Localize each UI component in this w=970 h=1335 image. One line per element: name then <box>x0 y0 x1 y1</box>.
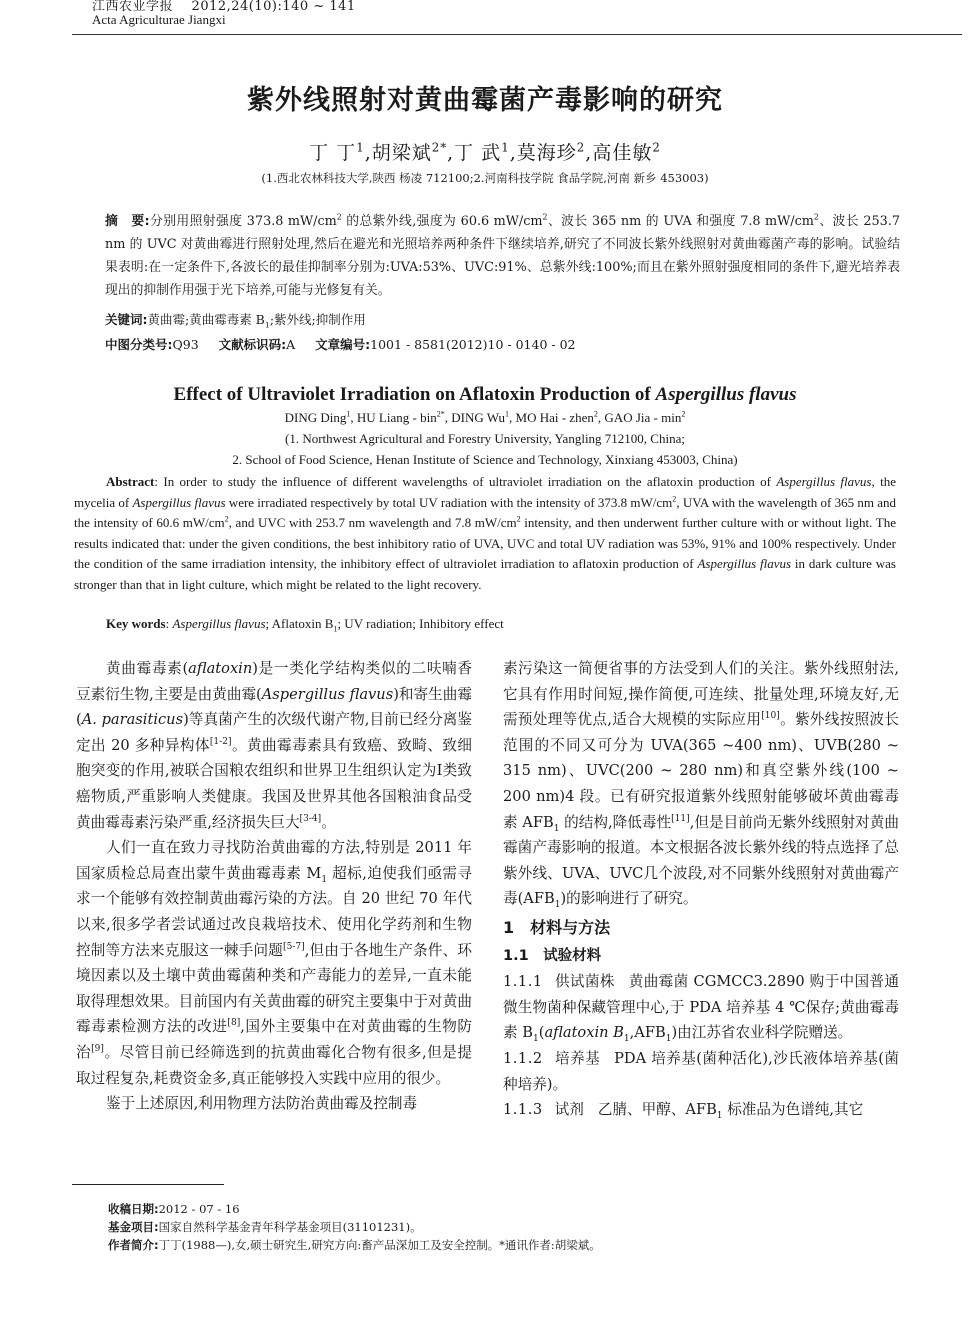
affiliations-cn: (1.西北农林科技大学,陕西 杨凌 712100;2.河南科技学院 食品学院,河… <box>0 170 970 186</box>
subsection-1-1-3: 1.1.3试剂乙腈、甲醇、AFB1 标准品为色谱纯,其它 <box>503 1097 899 1123</box>
author: GAO Jia - min2 <box>604 410 685 425</box>
body-paragraph: 素污染这一简便省事的方法受到人们的关注。紫外线照射法,它具有作用时间短,操作简便… <box>503 656 899 912</box>
citation-ref: [1-2] <box>210 737 232 747</box>
citation-ref: [3-4] <box>300 814 322 824</box>
footnotes: 收稿日期:2012 - 07 - 16 基金项目:国家自然科学基金青年科学基金项… <box>108 1200 601 1254</box>
received-date: 收稿日期:2012 - 07 - 16 <box>108 1200 601 1218</box>
paper-title-cn: 紫外线照射对黄曲霉菌产毒影响的研究 <box>0 78 970 117</box>
abstract-label-cn: 摘 要: <box>105 214 150 229</box>
citation-ref: [9] <box>91 1044 104 1054</box>
funding: 基金项目:国家自然科学基金青年科学基金项目(31101231)。 <box>108 1218 601 1236</box>
author: 胡梁斌2* <box>372 142 447 164</box>
body-column-right: 素污染这一简便省事的方法受到人们的关注。紫外线照射法,它具有作用时间短,操作简便… <box>503 656 899 1123</box>
abstract-cn: 摘 要:分别用照射强度 373.8 mW/cm2 的总紫外线,强度为 60.6 … <box>105 210 900 302</box>
citation-ref: [11] <box>671 814 690 824</box>
author-list-cn: 丁 丁1,胡梁斌2*,丁 武1,莫海珍2,高佳敏2 <box>0 138 970 165</box>
body-paragraph: 人们一直在致力寻找防治黄曲霉的方法,特别是 2011 年国家质检总局查出蒙牛黄曲… <box>76 835 472 1091</box>
classification-line: 中图分类号:Q93 文献标识码:A 文章编号:1001 - 8581(2012)… <box>105 335 575 355</box>
author: 丁 丁1 <box>309 142 365 164</box>
keywords-en: Key words: Aspergillus flavus; Aflatoxin… <box>106 616 504 632</box>
author: 莫海珍2 <box>517 142 586 164</box>
author: HU Liang - bin2* <box>357 410 445 425</box>
author: 丁 武1 <box>454 142 510 164</box>
document-code: A <box>286 337 295 352</box>
section-heading-1: 1 材料与方法 <box>503 915 899 941</box>
abstract-label-en: Abstract <box>106 474 154 489</box>
body-column-left: 黄曲霉毒素(aflatoxin)是一类化学结构类似的二呋喃香豆素衍生物,主要是由… <box>76 656 472 1117</box>
author-bio: 作者简介:丁丁(1988—),女,硕士研究生,研究方向:畜产品深加工及安全控制。… <box>108 1236 601 1254</box>
subsection-1-1-1: 1.1.1供试菌株黄曲霉菌 CGMCC3.2890 购于中国普通微生物菌种保藏管… <box>503 969 899 1046</box>
author-list-en: DING Ding1, HU Liang - bin2*, DING Wu1, … <box>0 410 970 426</box>
abstract-en: Abstract: In order to study the influenc… <box>74 472 896 596</box>
subsection-1-1-2: 1.1.2培养基PDA 培养基(菌种活化),沙氏液体培养基(菌种培养)。 <box>503 1046 899 1097</box>
header-divider <box>72 34 962 35</box>
body-paragraph: 鉴于上述原因,利用物理方法防治黄曲霉及控制毒 <box>76 1091 472 1117</box>
keywords-cn: 关键词:黄曲霉;黄曲霉毒素 B1;紫外线;抑制作用 <box>105 310 366 330</box>
author: DING Ding1 <box>285 410 351 425</box>
affiliation-en-1: (1. Northwest Agricultural and Forestry … <box>0 431 970 447</box>
citation-ref: [5-7] <box>283 942 305 952</box>
citation-ref: [10] <box>761 711 780 721</box>
affiliation-en-2: 2. School of Food Science, Henan Institu… <box>0 452 970 468</box>
author: 高佳敏2 <box>592 142 661 164</box>
article-number: 1001 - 8581(2012)10 - 0140 - 02 <box>370 337 575 352</box>
citation-ref: [8] <box>227 1018 240 1028</box>
body-paragraph: 黄曲霉毒素(aflatoxin)是一类化学结构类似的二呋喃香豆素衍生物,主要是由… <box>76 656 472 835</box>
author: MO Hai - zhen2 <box>516 410 598 425</box>
clc-number: Q93 <box>173 337 199 352</box>
author: DING Wu1 <box>451 410 509 425</box>
section-heading-1-1: 1.1 试验材料 <box>503 944 899 970</box>
paper-title-en: Effect of Ultraviolet Irradiation on Afl… <box>0 384 970 406</box>
journal-name-en: Acta Agriculturae Jiangxi <box>92 12 226 28</box>
footnote-divider <box>72 1184 224 1185</box>
